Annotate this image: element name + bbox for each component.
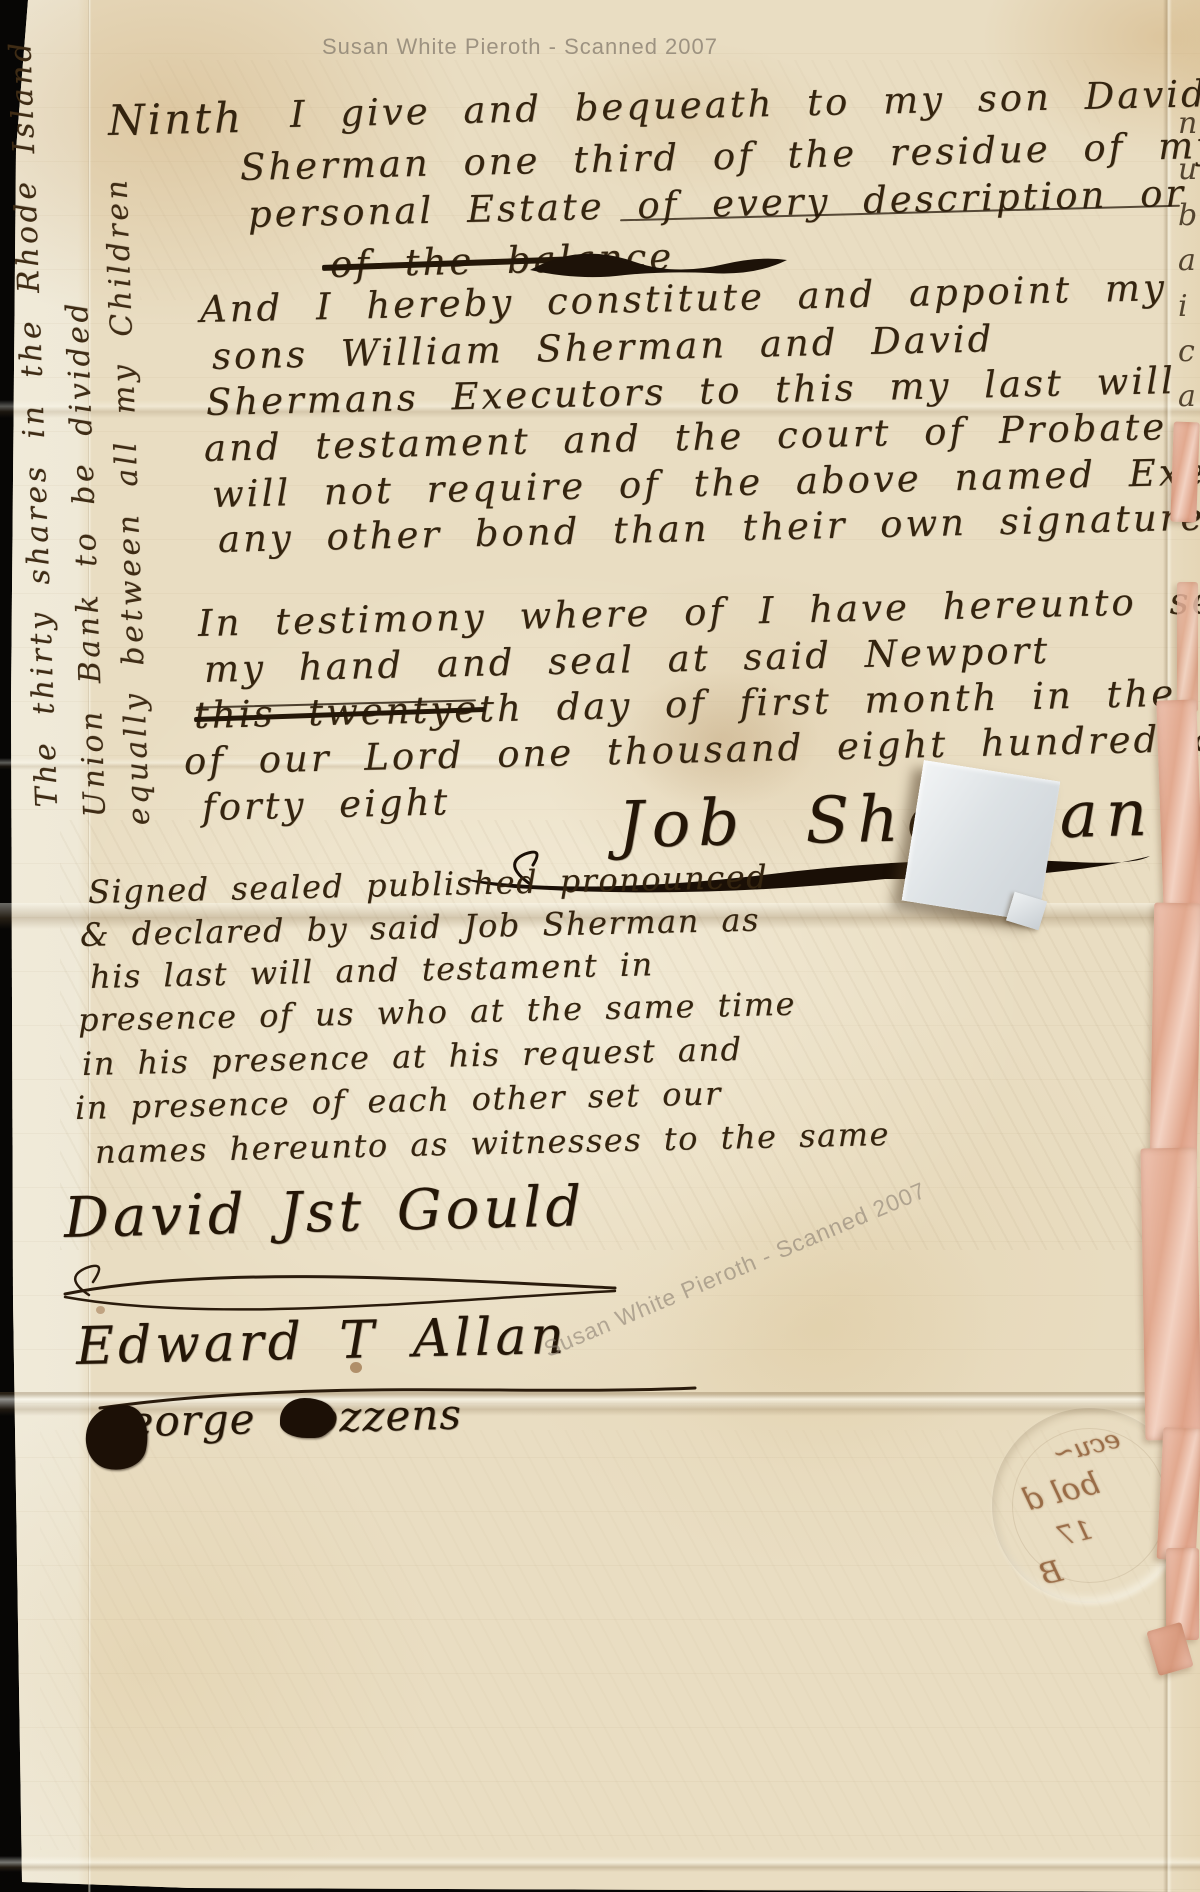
- fold-fragment-letter: a: [1178, 379, 1196, 414]
- scanned-document-page: Susan White Pieroth - Scanned 2007 The t…: [0, 0, 1200, 1892]
- ribbon-segment: [1170, 422, 1199, 523]
- ribbon-segment: [1140, 1148, 1200, 1441]
- fold-fragment-letter: a: [1178, 243, 1196, 278]
- fold-fragment-letter: b: [1178, 198, 1197, 233]
- testimony-line-5: forty eight: [201, 780, 450, 830]
- witness-signature-george-cozzens: George Cozzens: [93, 1390, 462, 1449]
- fold-crease-horizontal: [0, 1856, 1200, 1872]
- witness-signature-edward-allan: Edward T Allan: [75, 1305, 568, 1379]
- witness-signature-david-gould: David Jst Gould: [63, 1173, 586, 1252]
- ribbon-segment: [1157, 1427, 1200, 1561]
- fold-fragment-letter: n: [1178, 106, 1197, 141]
- ink-blot: [280, 1398, 334, 1438]
- ghost-hatch: [40, 1430, 1150, 1850]
- fold-fragment-letter: u: [1178, 152, 1197, 187]
- ribbon-segment: [1177, 582, 1198, 712]
- section-label: Ninth: [107, 93, 244, 146]
- fold-fragment-letter: i: [1178, 289, 1188, 324]
- scan-watermark-top: Susan White Pieroth - Scanned 2007: [322, 34, 718, 60]
- fold-fragment-letter: c: [1178, 334, 1195, 369]
- white-paper-patch: [902, 760, 1061, 922]
- ribbon-segment: [1150, 903, 1200, 1162]
- ribbon-segment: [1156, 699, 1200, 915]
